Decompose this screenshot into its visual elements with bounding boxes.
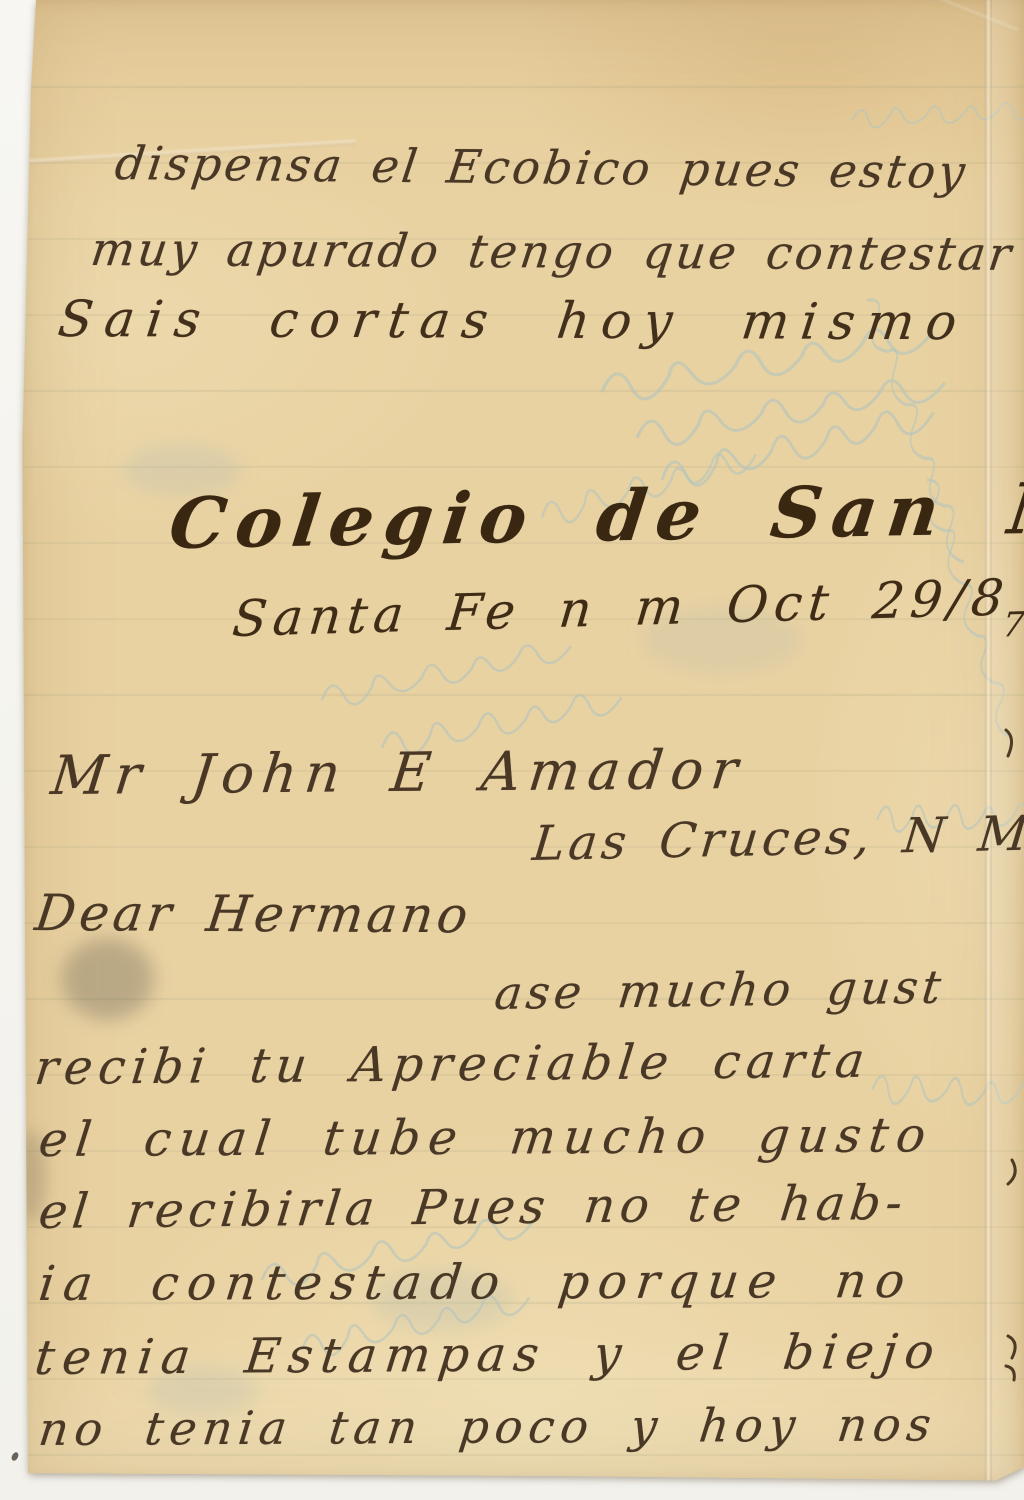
body-line-2: recibi tu Apreciable carta <box>32 1033 873 1096</box>
dateline-text: Santa Fe n m Oct 29/8 <box>230 568 1012 648</box>
salutation-line: Dear Hermano <box>32 884 475 944</box>
handwriting-layer: dispensa el Ecobico pues estoy muy apura… <box>22 0 1024 1482</box>
body-line-4: el recibirla Pues no te hab- <box>36 1175 910 1240</box>
body-line-7: no tenia tan poco y hoy nos <box>36 1397 940 1456</box>
place-line: Las Cruces, N M <box>530 806 1024 872</box>
body-line-5: ia contestado porque no <box>36 1253 917 1312</box>
note-line-2: muy apurado tengo que contestar <box>88 222 1017 281</box>
institution-text: Colegio de San Mi <box>165 465 1024 565</box>
institution-line: Colegio de San Migl <box>165 464 1024 565</box>
scan-background: dispensa el Ecobico pues estoy muy apura… <box>0 0 1024 1500</box>
note-line-3: Sais cortas hoy mismo <box>55 290 972 351</box>
body-line-3: el cual tube mucho gusto <box>36 1107 937 1168</box>
dateline-year-digit: 7 <box>1001 605 1024 646</box>
letter-paper: dispensa el Ecobico pues estoy muy apura… <box>22 0 1024 1482</box>
dateline: Santa Fe n m Oct 29/87 <box>230 568 1024 648</box>
body-line-1: ase mucho gust <box>492 960 948 1020</box>
recipient-line: Mr John E Amador <box>48 738 749 807</box>
body-line-6: tenia Estampas y el biejo <box>32 1324 945 1386</box>
note-line-1: dispensa el Ecobico pues estoy <box>112 136 971 199</box>
paper-shadow: dispensa el Ecobico pues estoy muy apura… <box>0 0 1024 1500</box>
